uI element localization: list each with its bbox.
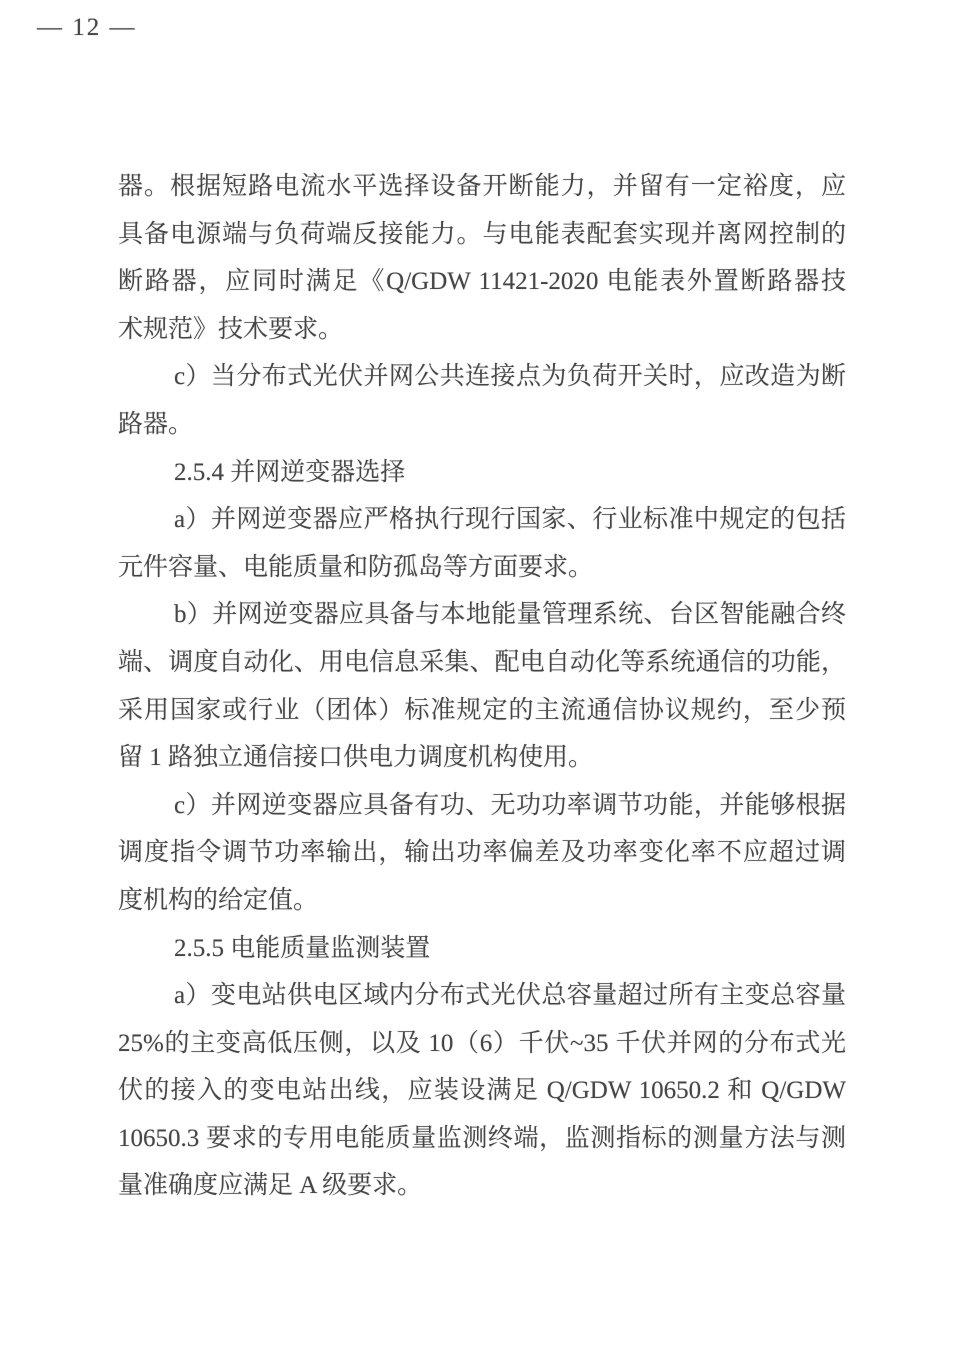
text-line: 量准确度应满足 A 级要求。 bbox=[118, 1162, 846, 1210]
text-line: 2.5.4 并网逆变器选择 bbox=[118, 449, 846, 497]
text-line: b）并网逆变器应具备与本地能量管理系统、台区智能融合终 bbox=[118, 591, 846, 639]
text-line: 10650.3 要求的专用电能质量监测终端，监测指标的测量方法与测 bbox=[118, 1115, 846, 1163]
text-line: 器。根据短路电流水平选择设备开断能力，并留有一定裕度，应 bbox=[118, 163, 846, 211]
text-line: 采用国家或行业（团体）标准规定的主流通信协议规约，至少预 bbox=[118, 687, 846, 735]
text-line: 留 1 路独立通信接口供电力调度机构使用。 bbox=[118, 734, 846, 782]
text-line: a）并网逆变器应严格执行现行国家、行业标准中规定的包括 bbox=[118, 496, 846, 544]
page-number: — 12 — bbox=[37, 4, 960, 52]
text-line: a）变电站供电区域内分布式光伏总容量超过所有主变总容量 bbox=[118, 972, 846, 1020]
text-line: 端、调度自动化、用电信息采集、配电自动化等系统通信的功能， bbox=[118, 639, 846, 687]
text-line: 路器。 bbox=[118, 401, 846, 449]
text-line: 术规范》技术要求。 bbox=[118, 306, 846, 354]
text-line: 度机构的给定值。 bbox=[118, 877, 846, 925]
document-body: 器。根据短路电流水平选择设备开断能力，并留有一定裕度，应具备电源端与负荷端反接能… bbox=[118, 163, 846, 1210]
text-line: 具备电源端与负荷端反接能力。与电能表配套实现并离网控制的 bbox=[118, 211, 846, 259]
text-line: 25%的主变高低压侧，以及 10（6）千伏~35 千伏并网的分布式光 bbox=[118, 1020, 846, 1068]
text-line: 断路器，应同时满足《Q/GDW 11421-2020 电能表外置断路器技 bbox=[118, 258, 846, 306]
text-line: c）并网逆变器应具备有功、无功功率调节功能，并能够根据 bbox=[118, 782, 846, 830]
document-page: 器。根据短路电流水平选择设备开断能力，并留有一定裕度，应具备电源端与负荷端反接能… bbox=[0, 0, 960, 1357]
text-line: c）当分布式光伏并网公共连接点为负荷开关时，应改造为断 bbox=[118, 353, 846, 401]
text-line: 元件容量、电能质量和防孤岛等方面要求。 bbox=[118, 544, 846, 592]
text-line: 伏的接入的变电站出线，应装设满足 Q/GDW 10650.2 和 Q/GDW bbox=[118, 1067, 846, 1115]
text-line: 调度指令调节功率输出，输出功率偏差及功率变化率不应超过调 bbox=[118, 829, 846, 877]
text-line: 2.5.5 电能质量监测装置 bbox=[118, 925, 846, 973]
